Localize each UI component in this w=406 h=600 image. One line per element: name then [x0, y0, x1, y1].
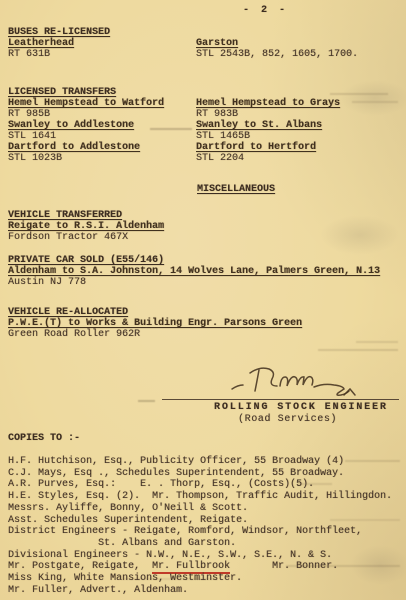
buses-relicensed-heading: BUSES RE-LICENSED	[8, 27, 110, 38]
transfer-route: Swanley to St. Albans	[196, 120, 322, 131]
postgate-prefix: Mr. Postgate, Reigate,	[8, 561, 152, 572]
scan-artifact-dash	[345, 460, 400, 462]
copies-line: Messrs. Ayliffe, Bonny, O'Neill & Scott.	[8, 503, 248, 514]
scan-artifact-dash	[330, 519, 400, 521]
garage-vehicles-left: RT 631B	[8, 49, 50, 60]
transfer-vehicle: RT 983B	[196, 109, 238, 120]
signature-script	[228, 364, 378, 400]
copies-line: H.F. Hutchison, Esq., Publicity Officer,…	[8, 456, 344, 467]
transfer-route: Hemel Hempstead to Watford	[8, 98, 164, 109]
vehicle-reallocated-detail: P.W.E.(T) to Works & Building Engr. Pars…	[8, 318, 302, 329]
transfer-vehicle: STL 2204	[196, 153, 244, 164]
scan-artifact-dash	[138, 400, 155, 402]
scan-smudge	[340, 80, 406, 116]
transfer-vehicle: STL 1641	[8, 131, 56, 142]
copies-line: Mr. Fuller, Advert., Aldenham.	[8, 585, 188, 596]
vehicle-reallocated-heading: VEHICLE RE-ALLOCATED	[8, 307, 128, 318]
signature-subtitle: (Road Services)	[238, 414, 337, 425]
scan-smudge	[320, 215, 400, 255]
signature-rule	[162, 399, 399, 400]
garage-name-right: Garston	[196, 38, 238, 49]
transfer-route: Dartford to Hertford	[196, 142, 316, 153]
page-number: - 2 -	[243, 5, 288, 16]
private-car-sold-vehicle: Austin NJ 778	[8, 277, 86, 288]
vehicle-reallocated-vehicle: Green Road Roller 962R	[8, 329, 140, 340]
transfer-route: Hemel Hempstead to Grays	[196, 98, 340, 109]
garage-name-left: Leatherhead	[8, 38, 74, 49]
copies-line: A.R. Purves, Esq.: E. . Thorp, Esq., (Co…	[8, 479, 314, 490]
private-car-sold-detail: Aldenham to S.A. Johnston, 14 Wolves Lan…	[8, 266, 380, 277]
vehicle-transferred-heading: VEHICLE TRANSFERRED	[8, 210, 122, 221]
scan-artifact-dash	[298, 483, 332, 485]
copies-heading: COPIES TO :-	[8, 433, 80, 444]
transfer-route: Swanley to Addlestone	[8, 120, 134, 131]
copies-line: C.J. Mays, Esq ., Schedules Superintende…	[8, 468, 344, 479]
vehicle-transferred-vehicle: Fordson Tractor 467X	[8, 232, 128, 243]
scanned-memo-page: - 2 - BUSES RE-LICENSED Leatherhead RT 6…	[0, 0, 406, 600]
copies-line: Asst. Schedules Superintendent, Reigate.	[8, 515, 248, 526]
copies-line: H.E. Styles, Esq. (2). Mr. Thompson, Tra…	[8, 491, 392, 502]
vehicle-transferred-detail: Reigate to R.S.I. Aldenham	[8, 221, 164, 232]
scan-smudge	[350, 545, 406, 585]
copies-line: District Engineers - Reigate, Romford, W…	[8, 526, 362, 537]
scan-artifact-dash	[356, 341, 398, 343]
licensed-transfers-heading: LICENSED TRANSFERS	[8, 87, 116, 98]
scan-artifact-dash	[318, 349, 398, 351]
transfer-vehicle: STL 1465B	[196, 131, 250, 142]
miscellaneous-heading: MISCELLANEOUS	[197, 184, 275, 195]
garage-vehicles-right: STL 2543B, 852, 1605, 1700.	[196, 49, 358, 60]
scan-artifact-dash	[122, 578, 218, 580]
copies-line: Divisional Engineers - N.W., N.E., S.W.,…	[8, 550, 332, 561]
scan-artifact-dash	[150, 128, 192, 130]
transfer-vehicle: STL 1023B	[8, 153, 62, 164]
copies-line: St. Albans and Garston.	[8, 538, 236, 549]
transfer-route: Dartford to Addlestone	[8, 142, 140, 153]
private-car-sold-heading: PRIVATE CAR SOLD (E55/146)	[8, 255, 164, 266]
transfer-vehicle: RT 985B	[8, 109, 50, 120]
signature-title: ROLLING STOCK ENGINEER	[214, 402, 388, 413]
